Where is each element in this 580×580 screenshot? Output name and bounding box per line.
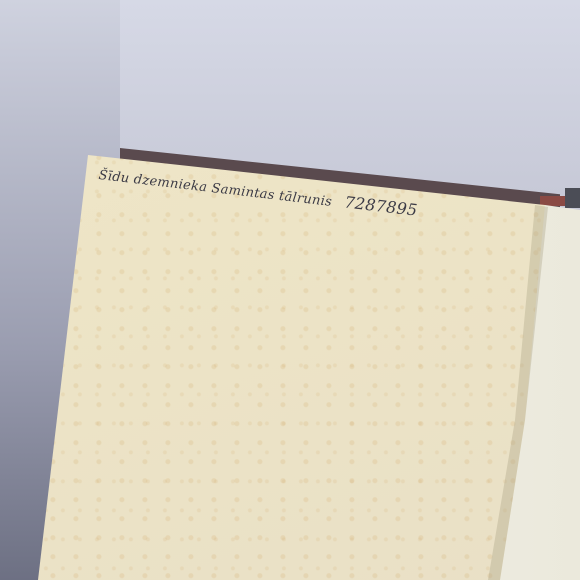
book-spine-corner — [565, 188, 580, 208]
